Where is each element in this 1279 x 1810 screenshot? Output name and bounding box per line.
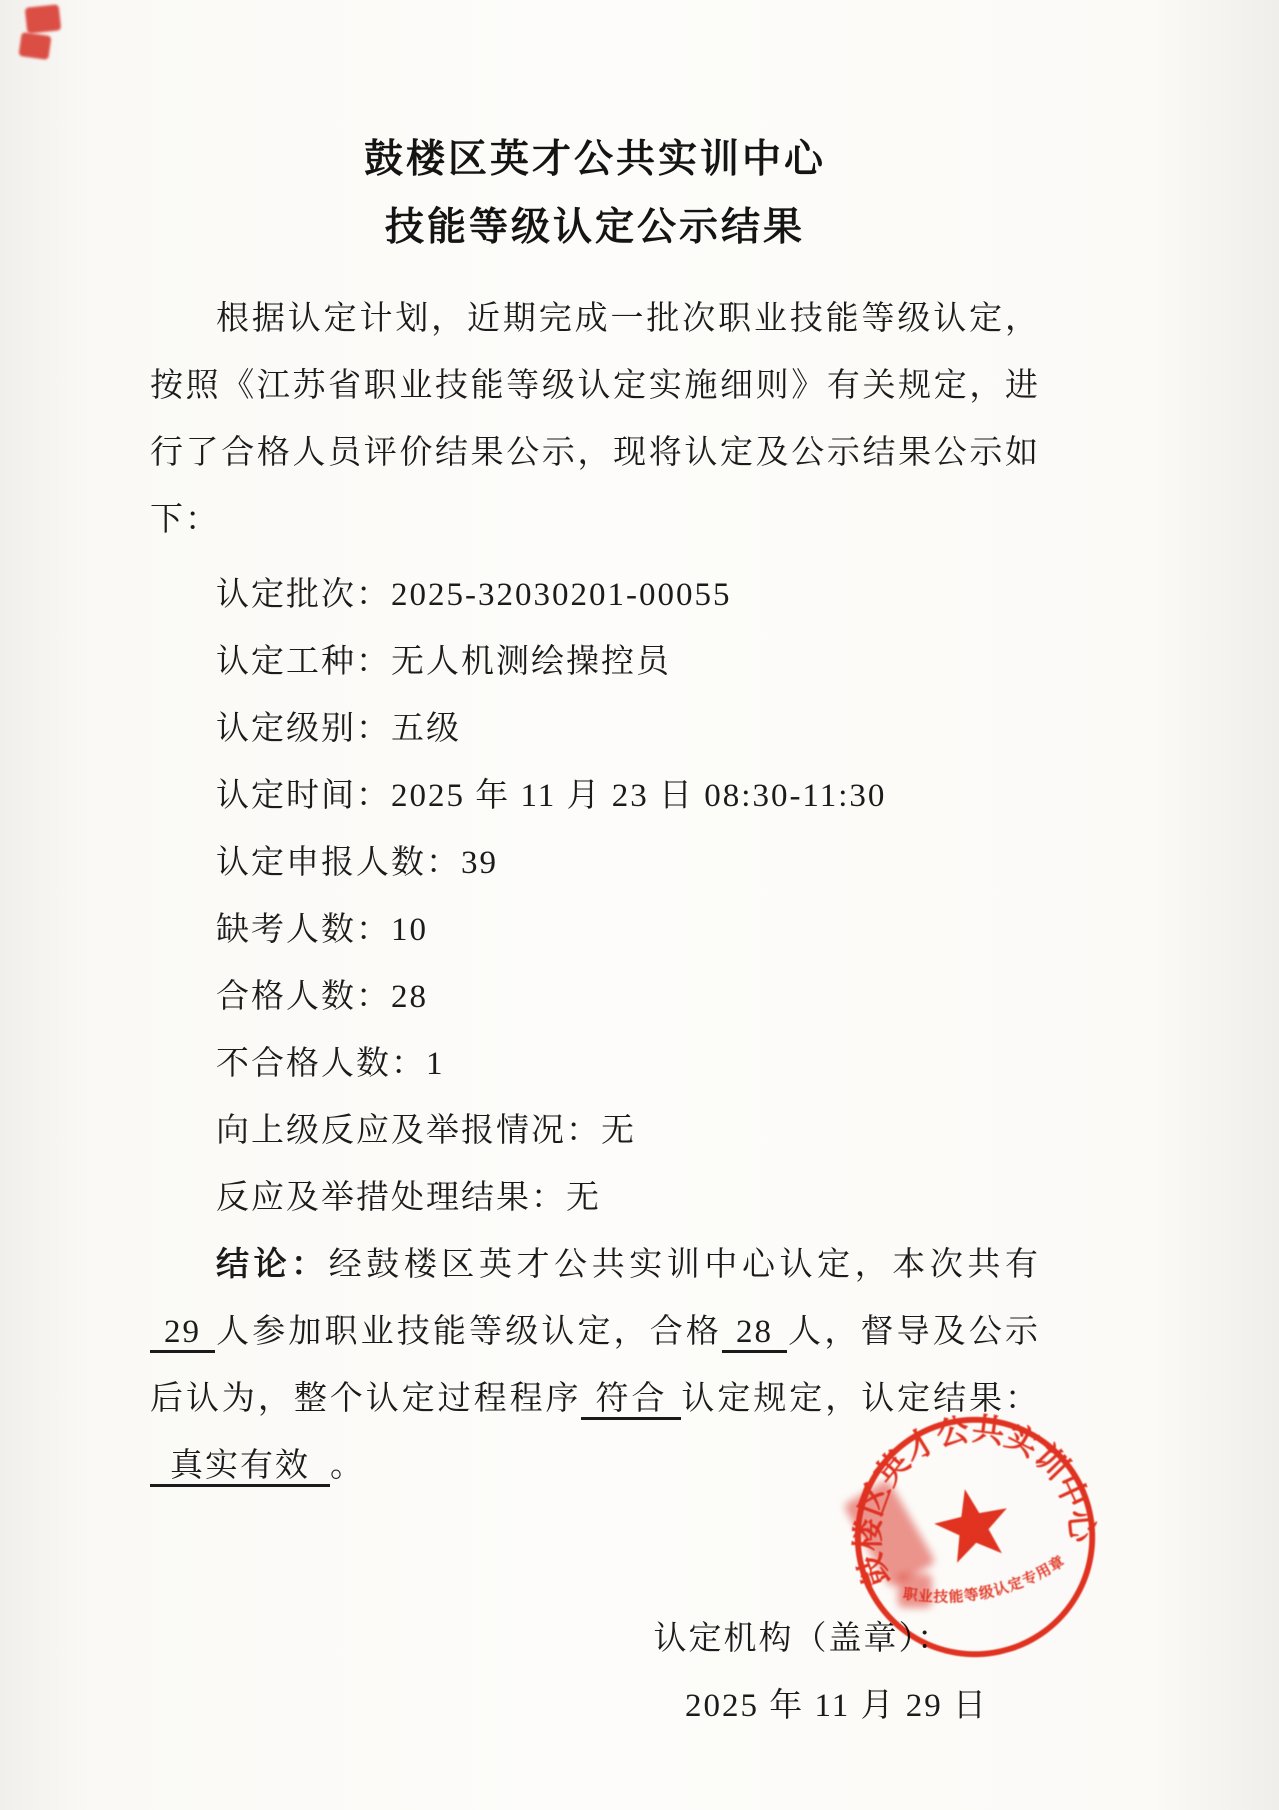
field-row-failed: 不合格人数：1 (150, 1031, 1040, 1098)
field-label: 认定工种： (216, 644, 391, 680)
field-row-batch: 认定批次：2025-32030201-00055 (150, 562, 1040, 629)
scanned-notice-page: { "doc": { "title_line1": "鼓楼区英才公共实训中心",… (0, 0, 1279, 1810)
field-row-reports: 向上级反应及举报情况：无 (150, 1098, 1040, 1165)
field-label: 不合格人数： (216, 1046, 426, 1082)
field-row-passed: 合格人数：28 (150, 964, 1040, 1031)
field-row-level: 认定级别：五级 (150, 696, 1040, 763)
blank-total-participants: 29 (150, 1314, 215, 1353)
field-value: 无 (566, 1180, 601, 1216)
notice-title: 技能等级认定公示结果 (150, 194, 1040, 262)
field-value: 2025 年 11 月 23 日 08:30-11:30 (391, 778, 886, 814)
field-row-occupation: 认定工种：无人机测绘操控员 (150, 629, 1040, 696)
field-row-time: 认定时间：2025 年 11 月 23 日 08:30-11:30 (150, 763, 1040, 830)
org-title: 鼓楼区英才公共实训中心 (150, 126, 1040, 194)
red-scan-mark-icon (18, 32, 51, 60)
blank-procedure: 符合 (581, 1381, 681, 1420)
field-value: 1 (426, 1046, 445, 1082)
field-list: 认定批次：2025-32030201-00055 认定工种：无人机测绘操控员 认… (150, 562, 1040, 1232)
conclusion-lead: 结论： (216, 1247, 329, 1283)
stamp-ink-smudge (898, 1574, 932, 1608)
field-row-applicants: 认定申报人数：39 (150, 830, 1040, 897)
blank-result: 真实有效 (150, 1448, 330, 1487)
field-value: 五级 (391, 711, 461, 747)
title-block: 鼓楼区英才公共实训中心 技能等级认定公示结果 (150, 0, 1040, 262)
field-row-absent: 缺考人数：10 (150, 897, 1040, 964)
field-value: 2025-32030201-00055 (391, 577, 731, 613)
official-seal-stamp: 鼓楼区英才公共实训中心 职业技能等级认定专用章 (824, 1386, 1125, 1687)
field-label: 认定申报人数： (216, 845, 461, 881)
field-value: 10 (391, 912, 428, 948)
field-label: 认定时间： (216, 778, 391, 814)
field-value: 无人机测绘操控员 (391, 644, 671, 680)
conclusion-text: 。 (330, 1448, 365, 1484)
red-scan-mark-icon (25, 4, 62, 33)
field-value: 无 (601, 1113, 636, 1149)
field-value: 39 (461, 845, 498, 881)
blank-passed-count: 28 (722, 1314, 787, 1353)
intro-paragraph: 根据认定计划，近期完成一批次职业技能等级认定，按照《江苏省职业技能等级认定实施细… (150, 286, 1040, 554)
field-label: 合格人数： (216, 979, 391, 1015)
field-label: 反应及举措处理结果： (216, 1180, 566, 1216)
field-value: 28 (391, 979, 428, 1015)
field-label: 认定批次： (216, 577, 391, 613)
field-label: 向上级反应及举报情况： (216, 1113, 601, 1149)
date-line: 2025 年 11 月 29 日 (150, 1673, 1040, 1740)
field-row-handling: 反应及举措处理结果：无 (150, 1165, 1040, 1232)
star-icon (929, 1482, 1016, 1566)
conclusion-text: 人参加职业技能等级认定，合格 (215, 1314, 722, 1350)
conclusion-text: 经鼓楼区英才公共实训中心认定，本次共有 (329, 1247, 1040, 1283)
field-label: 认定级别： (216, 711, 391, 747)
field-label: 缺考人数： (216, 912, 391, 948)
